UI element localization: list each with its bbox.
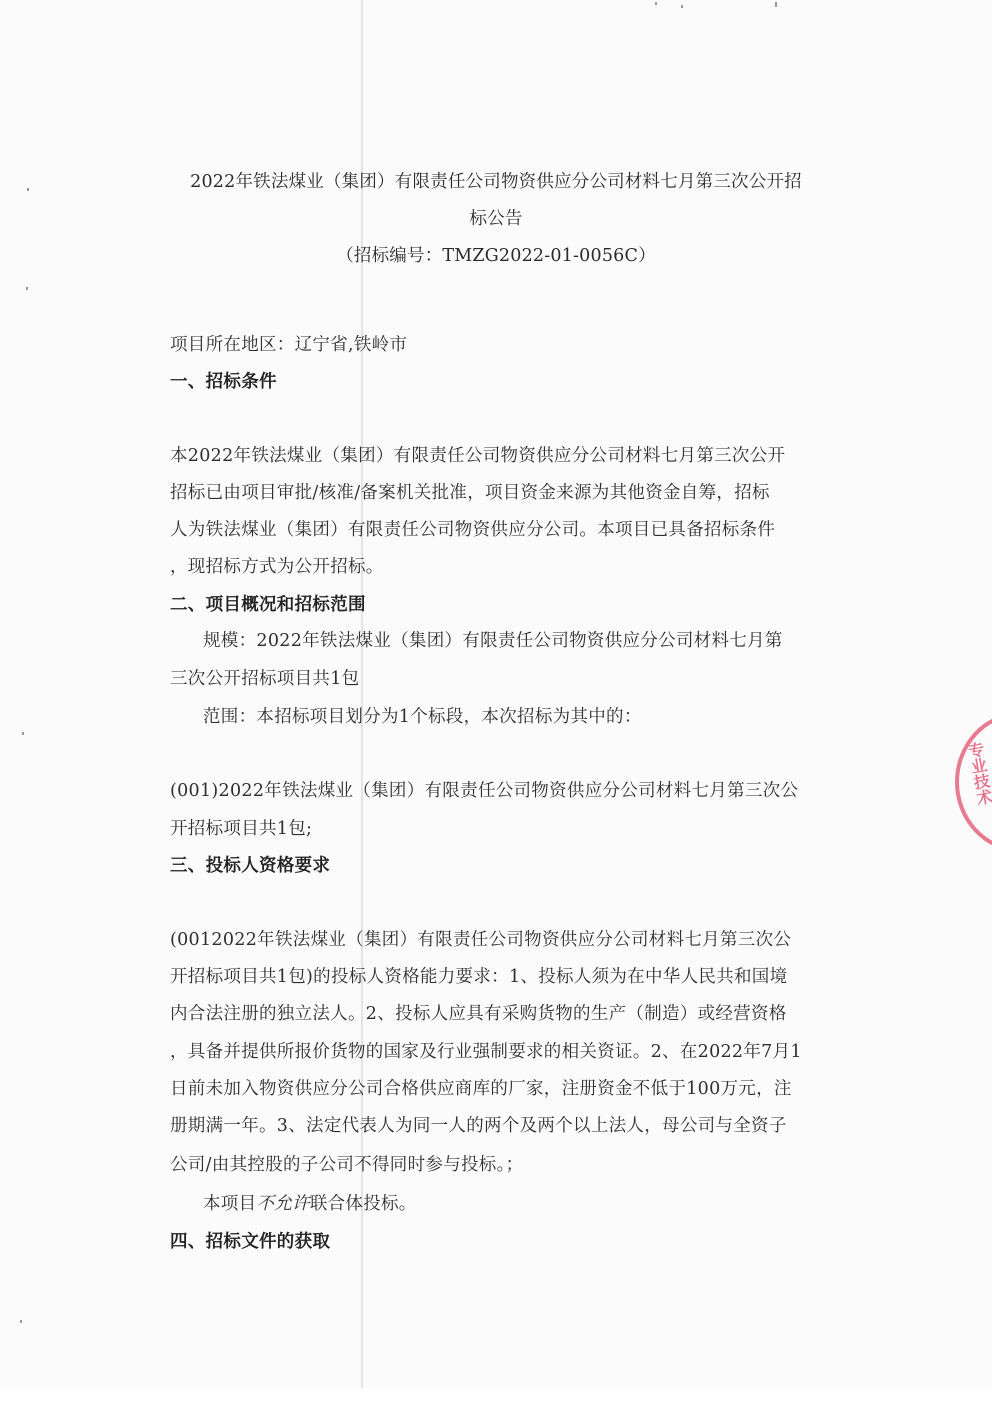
section-3-line: 内合法注册的独立法人。2、投标人应具有采购货物的生产（制造）或经营资格 bbox=[170, 1000, 787, 1025]
scan-speck bbox=[681, 5, 683, 8]
scan-speck bbox=[775, 2, 777, 7]
section-2-scope-line: 范围：本招标项目划分为1个标段，本次招标为其中的： bbox=[203, 703, 642, 728]
section-1-line: 招标已由项目审批/核准/备案机关批准，项目资金来源为其他资金自筹，招标 bbox=[170, 479, 770, 504]
section-heading-2: 二、项目概况和招标范围 bbox=[170, 591, 366, 616]
section-3-line: 册期满一年。3、法定代表人为同一人的两个及两个以上法人，母公司与全资子 bbox=[170, 1112, 787, 1137]
section-heading-4: 四、招标文件的获取 bbox=[170, 1228, 330, 1253]
section-3-line: (0012022年铁法煤业（集团）有限责任公司物资供应分公司材料七月第三次公 bbox=[170, 926, 791, 951]
project-location: 项目所在地区：辽宁省,铁岭市 bbox=[170, 331, 407, 356]
scan-speck bbox=[22, 732, 24, 735]
section-heading-3: 三、投标人资格要求 bbox=[170, 852, 330, 877]
section-2-scale-line: 规模：2022年铁法煤业（集团）有限责任公司物资供应分公司材料七月第 bbox=[203, 627, 783, 652]
section-1-line: ，现招标方式为公开招标。 bbox=[170, 553, 384, 578]
section-1-line: 人为铁法煤业（集团）有限责任公司物资供应分公司。本项目已具备招标条件 bbox=[170, 516, 775, 541]
consortium-prefix: 本项目 bbox=[203, 1194, 256, 1214]
section-3-line: 公司/由其控股的子公司不得同时参与投标。； bbox=[170, 1151, 523, 1176]
document-title-line-1: 2022年铁法煤业（集团）有限责任公司物资供应分公司材料七月第三次公开招 bbox=[0, 168, 992, 193]
document-title-line-2: 标公告 bbox=[0, 205, 992, 230]
consortium-value: 不允许 bbox=[256, 1194, 309, 1214]
section-3-line: 开招标项目共1包)的投标人资格能力要求：1、投标人须为在中华人民共和国境 bbox=[170, 963, 787, 988]
section-1-line: 本2022年铁法煤业（集团）有限责任公司物资供应分公司材料七月第三次公开 bbox=[170, 442, 785, 467]
scan-speck bbox=[20, 1320, 22, 1323]
section-2-lot-line: 开招标项目共1包; bbox=[170, 815, 312, 840]
bid-number: （招标编号：TMZG2022-01-0056C） bbox=[0, 242, 992, 267]
section-3-line: ，具备并提供所报价货物的国家及行业强制要求的相关资证。2、在2022年7月1 bbox=[170, 1038, 802, 1063]
consortium-suffix: 联合体投标。 bbox=[310, 1194, 417, 1214]
scan-speck bbox=[655, 2, 657, 5]
scan-speck bbox=[26, 287, 28, 290]
consortium-statement: 本项目不允许联合体投标。 bbox=[203, 1190, 417, 1215]
section-3-line: 日前未加入物资供应分公司合格供应商库的厂家，注册资金不低于100万元，注 bbox=[170, 1075, 792, 1100]
section-2-lot-line: (001)2022年铁法煤业（集团）有限责任公司物资供应分公司材料七月第三次公 bbox=[170, 777, 798, 802]
section-heading-1: 一、招标条件 bbox=[170, 368, 277, 393]
scanned-page: 2022年铁法煤业（集团）有限责任公司物资供应分公司材料七月第三次公开招 标公告… bbox=[0, 0, 992, 1388]
section-2-scale-line: 三次公开招标项目共1包 bbox=[170, 665, 359, 690]
